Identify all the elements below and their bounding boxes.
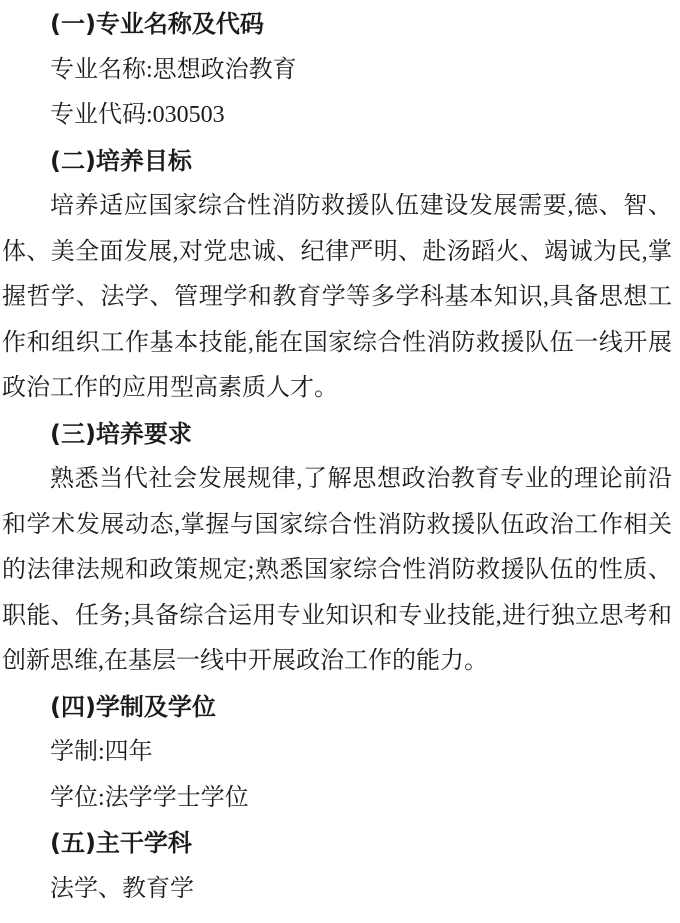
section-heading-training-objective: (二)培养目标 (2, 139, 672, 185)
section-heading-training-requirements: (三)培养要求 (2, 412, 672, 458)
study-duration-line: 学制:四年 (2, 730, 672, 776)
major-name-line: 专业名称:思想政治教育 (2, 48, 672, 94)
degree-line: 学位:法学学士学位 (2, 776, 672, 822)
section-heading-core-disciplines: (五)主干学科 (2, 821, 672, 867)
section-heading-duration-and-degree: (四)学制及学位 (2, 685, 672, 731)
core-disciplines-line: 法学、教育学 (2, 867, 672, 913)
major-code-line: 专业代码:030503 (2, 93, 672, 139)
document-page: (一)专业名称及代码 专业名称:思想政治教育 专业代码:030503 (二)培养… (0, 0, 680, 923)
section-heading-major-name-and-code: (一)专业名称及代码 (2, 2, 672, 48)
training-objective-paragraph: 培养适应国家综合性消防救援队伍建设发展需要,德、智、体、美全面发展,对党忠诚、纪… (2, 184, 672, 412)
training-requirements-paragraph: 熟悉当代社会发展规律,了解思想政治教育专业的理论前沿和学术发展动态,掌握与国家综… (2, 457, 672, 685)
